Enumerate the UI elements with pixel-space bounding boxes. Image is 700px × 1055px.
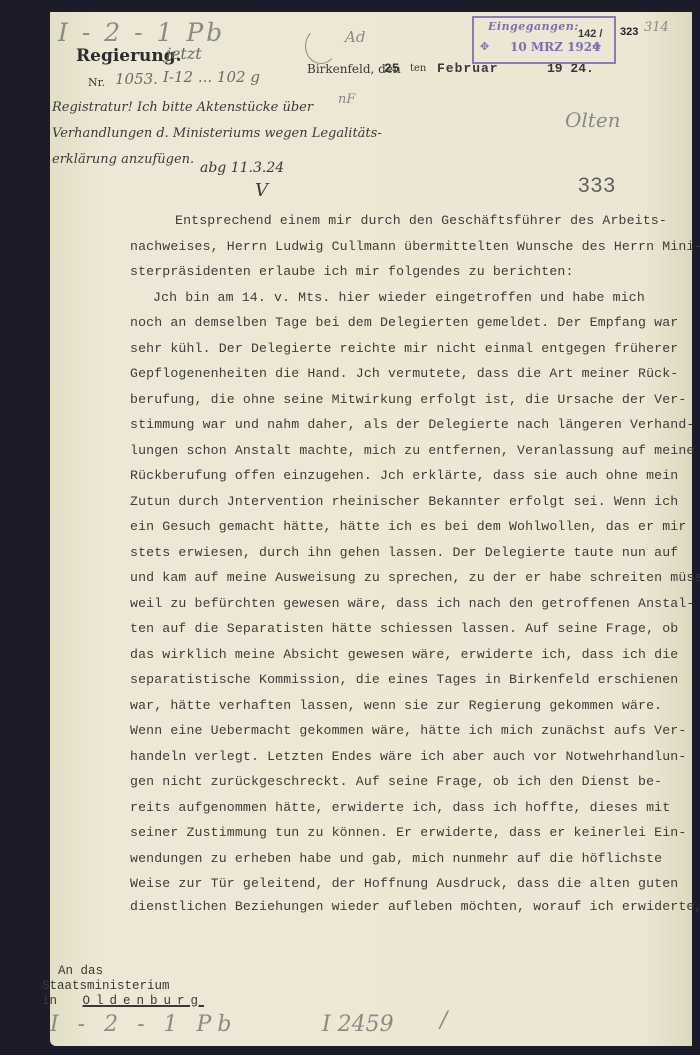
body-line: handeln verlegt. Letzten Endes wäre ich … (130, 744, 690, 770)
nr-value: 1053. (115, 70, 158, 88)
stamp-date: 10 MRZ 1924 (510, 40, 600, 54)
handwritten-note-line-1: Registratur! Ich bitte Aktenstücke über (52, 100, 313, 115)
date-day: 25 (384, 61, 400, 76)
file-reference-top: I - 2 - 1 Pb (58, 18, 225, 47)
address-city: Oldenburg (83, 994, 205, 1008)
date-day-suffix: ten (410, 63, 426, 74)
body-line: dienstlichen Beziehungen wieder aufleben… (130, 897, 690, 917)
body-line: stets erwiesen, durch ihn gehen lassen. … (130, 540, 690, 566)
body-line: war, hätte verhaften lassen, wenn sie zu… (130, 693, 690, 719)
margin-mark-nf: nF (338, 92, 355, 107)
journal-number: I 2459 (322, 1012, 394, 1037)
body-line: Wenn eine Uebermacht gekommen wäre, hätt… (130, 718, 690, 744)
office-annotation: jetzt (166, 44, 202, 63)
handwritten-date-mark: abg 11.3.24 (200, 160, 284, 176)
body-line: das wirklich meine Absicht gewesen wäre,… (130, 642, 690, 668)
address-line-3: in Oldenburg (42, 994, 204, 1009)
letter-body: Entsprechend einem mir durch den Geschäf… (130, 208, 690, 917)
nr-annotation: I-12 ... 102 g (163, 68, 260, 86)
body-line: lungen schon Anstalt machte, mich zu ent… (130, 438, 690, 464)
address-prefix: in (42, 994, 57, 1008)
receipt-stamp: Eingegangen: ✥ 10 MRZ 1924 ✥ (472, 16, 616, 64)
body-line: stimmung war und nahm daher, als der Del… (130, 412, 690, 438)
address-line-2: Staatsministerium (42, 979, 170, 994)
body-line: reits aufgenommen hätte, erwiderte ich, … (130, 795, 690, 821)
initials-right: Olten (565, 108, 621, 132)
pencil-slash-mark: / (440, 1008, 447, 1033)
address-line-1: An das (58, 964, 103, 979)
body-line: weil zu befürchten gewesen wäre, dass ic… (130, 591, 690, 617)
body-line: separatistische Kommission, die eines Ta… (130, 667, 690, 693)
body-line: ten auf die Separatisten hätte schiessen… (130, 616, 690, 642)
body-line: Gepflogenenheiten die Hand. Jch vermutet… (130, 361, 690, 387)
page-number-handwritten: 314 (644, 20, 669, 35)
stamp-ornament-icon: ✥ (592, 40, 601, 53)
page-number-printed: 323 (620, 26, 638, 38)
body-line: nachweises, Herrn Ludwig Cullmann übermi… (130, 234, 690, 260)
handwritten-note-line-3: erklärung anzufügen. (52, 152, 194, 167)
stamp-entry-number: 142 / (578, 28, 602, 40)
body-line: Entsprechend einem mir durch den Geschäf… (130, 208, 690, 234)
body-line: Weise zur Tür geleitend, der Hoffnung Au… (130, 871, 690, 897)
body-line: Rückberufung offen einzugehen. Jch erklä… (130, 463, 690, 489)
file-reference-bottom: I - 2 - 1 Pb (50, 1012, 237, 1037)
nr-label: Nr. (88, 76, 105, 89)
handwritten-note-line-2: Verhandlungen d. Ministeriums wegen Lega… (52, 126, 382, 141)
body-line: noch an demselben Tage bei dem Delegiert… (130, 310, 690, 336)
body-line: berufung, die ohne seine Mitwirkung erfo… (130, 387, 690, 413)
body-line: gen nicht zurückgeschreckt. Auf seine Fr… (130, 769, 690, 795)
handwritten-initial-mark: V (255, 180, 268, 201)
body-line: sehr kühl. Der Delegierte reichte mir ni… (130, 336, 690, 362)
body-line: Jch bin am 14. v. Mts. hier wieder einge… (130, 285, 690, 311)
stamp-title: Eingegangen: (488, 20, 579, 33)
body-line: seiner Zustimmung tun zu können. Er erwi… (130, 820, 690, 846)
body-line: ein Gesuch gemacht hätte, hätte ich es b… (130, 514, 690, 540)
body-line: Zutun durch Jntervention rheinischer Bek… (130, 489, 690, 515)
stamp-ornament-icon: ✥ (480, 40, 489, 53)
body-line: sterpräsidenten erlaube ich mir folgende… (130, 259, 690, 285)
folio-number: 333 (578, 174, 616, 198)
pencil-curve-mark (305, 28, 337, 64)
body-line: wendungen zu erheben habe und gab, mich … (130, 846, 690, 872)
margin-mark-top: Ad (345, 28, 365, 46)
body-line: und kam auf meine Ausweisung zu sprechen… (130, 565, 690, 591)
